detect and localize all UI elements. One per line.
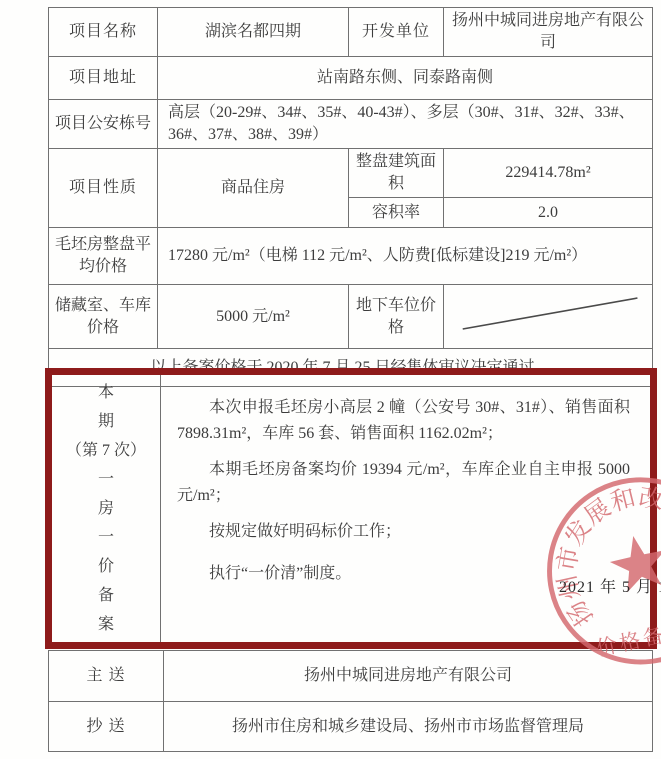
- filing-date: 2021 年 5 月 12 日: [559, 574, 661, 597]
- developer-label: 开发单位: [349, 8, 444, 57]
- parking-price-label: 地下车位价格: [349, 285, 444, 349]
- diagonal-slash: [444, 285, 652, 341]
- main-send-label: 主 送: [49, 651, 164, 702]
- project-name-label: 项目名称: [49, 8, 158, 57]
- plot-ratio-label: 容积率: [349, 198, 444, 228]
- developer-value: 扬州中城同进房地产有限公司: [444, 8, 653, 57]
- copy-send-label: 抄 送: [49, 702, 164, 752]
- plot-ratio-value: 2.0: [444, 198, 653, 228]
- main-send-value: 扬州中城同进房地产有限公司: [164, 651, 653, 702]
- table-row: 毛坯房整盘平均价格 17280 元/m²（电梯 112 元/m²、人防费[低标建…: [49, 228, 653, 285]
- address-value: 站南路东侧、同泰路南侧: [158, 57, 653, 100]
- current-filing-highlight-box: 本 期 （第 7 次） 一 房 一 价 备 案 本次申报毛坯房小高层 2 幢（公…: [45, 368, 657, 649]
- filing-paragraph: 本期毛坯房备案均价 19394 元/m²，车库企业自主申报 5000元/m²；: [177, 457, 630, 509]
- avg-price-label: 毛坯房整盘平均价格: [49, 228, 158, 285]
- filing-section-label: 本 期 （第 7 次） 一 房 一 价 备 案: [52, 375, 161, 642]
- recipients-table: 主 送 扬州中城同进房地产有限公司 抄 送 扬州市住房和城乡建设局、扬州市市场监…: [48, 650, 653, 752]
- copy-send-value: 扬州市住房和城乡建设局、扬州市市场监督管理局: [164, 702, 653, 752]
- property-type-value: 商品住房: [158, 149, 349, 228]
- total-area-label: 整盘建筑面积: [349, 149, 444, 198]
- table-row: 储藏室、车库价格 5000 元/m² 地下车位价格: [49, 285, 653, 349]
- building-numbers-label: 项目公安栋号: [49, 100, 158, 149]
- total-area-value: 229414.78m²: [444, 149, 653, 198]
- table-row: 主 送 扬州中城同进房地产有限公司: [49, 651, 653, 702]
- storage-price-value: 5000 元/m²: [158, 285, 349, 349]
- property-type-label: 项目性质: [49, 149, 158, 228]
- filing-section-content: 本次申报毛坯房小高层 2 幢（公安号 30#、31#）、销售面积7898.31m…: [161, 375, 650, 642]
- table-row: 抄 送 扬州市住房和城乡建设局、扬州市市场监督管理局: [49, 702, 653, 752]
- table-row: 项目名称 湖滨名都四期 开发单位 扬州中城同进房地产有限公司: [49, 8, 653, 57]
- parking-price-value: [444, 285, 653, 349]
- building-numbers-value: 高层（20-29#、34#、35#、40-43#）、多层（30#、31#、32#…: [158, 100, 653, 149]
- project-name-value: 湖滨名都四期: [158, 8, 349, 57]
- address-label: 项目地址: [49, 57, 158, 100]
- table-row: 项目公安栋号 高层（20-29#、34#、35#、40-43#）、多层（30#、…: [49, 100, 653, 149]
- storage-price-label: 储藏室、车库价格: [49, 285, 158, 349]
- filing-paragraph: 按规定做好明码标价工作；: [177, 519, 630, 545]
- table-row: 项目性质 商品住房 整盘建筑面积 229414.78m²: [49, 149, 653, 198]
- price-filing-document: 项目名称 湖滨名都四期 开发单位 扬州中城同进房地产有限公司 项目地址 站南路东…: [0, 0, 661, 759]
- table-row: 项目地址 站南路东侧、同泰路南侧: [49, 57, 653, 100]
- filing-paragraph: 本次申报毛坯房小高层 2 幢（公安号 30#、31#）、销售面积7898.31m…: [177, 395, 630, 447]
- avg-price-value: 17280 元/m²（电梯 112 元/m²、人防费[低标建设]219 元/m²…: [158, 228, 653, 285]
- project-info-table: 项目名称 湖滨名都四期 开发单位 扬州中城同进房地产有限公司 项目地址 站南路东…: [48, 7, 653, 387]
